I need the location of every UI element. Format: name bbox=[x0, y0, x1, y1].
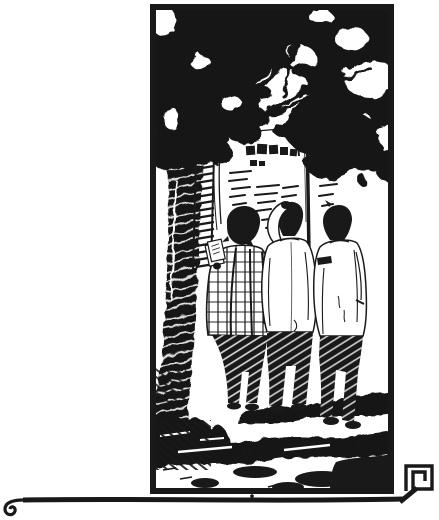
foliage-dot bbox=[357, 175, 367, 185]
raised-hand bbox=[281, 201, 291, 209]
man-hair bbox=[323, 205, 352, 240]
woman-papers bbox=[204, 239, 226, 266]
man-jacket bbox=[314, 240, 367, 336]
woman-hand bbox=[213, 263, 221, 270]
greek-key-ornament bbox=[406, 466, 432, 491]
illustration-canvas bbox=[0, 0, 439, 520]
book-illustration bbox=[0, 0, 439, 520]
figure-man-right bbox=[314, 200, 367, 429]
spiral-curl-ornament bbox=[5, 500, 23, 515]
illustration-page bbox=[0, 0, 439, 520]
